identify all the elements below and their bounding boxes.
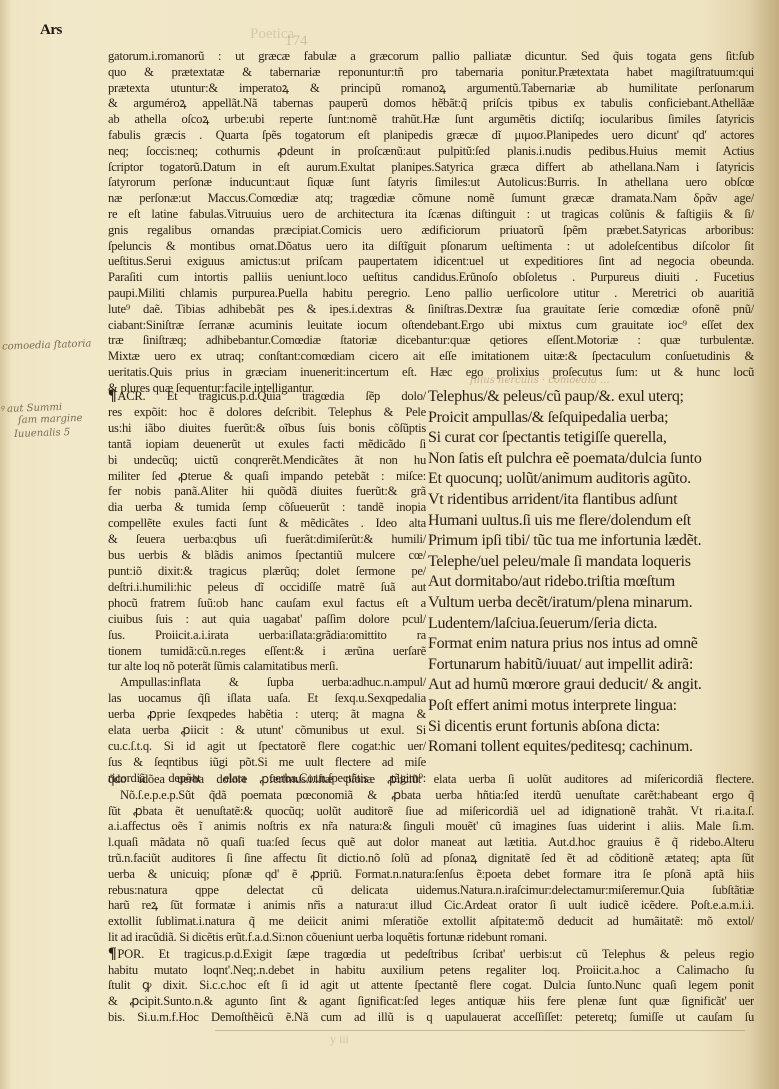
ink-rule [215,1030,745,1031]
text-line: Mixtæ uero ex utraq; conſtant:comœdiam c… [108,349,754,365]
text-line: militer ſed ꝓterue & quaſi impando peteb… [108,469,426,485]
text-line: harũ reꝝ ſũt formatæ i animis nr̃is a na… [108,898,754,914]
text-line: a.i.affectus oẽs ĩ animis noſtris ex nr̃… [108,819,754,835]
text-line: q̃do idõea uerba dolore ꝓferimus.i.iſtæ … [108,772,754,788]
verse-line: Vt ridentibus arrident/ita flantibus adſ… [428,490,758,511]
text-line: paupi.Militi chlamis purpurea.Puella hab… [108,286,754,302]
text-line: re eſt latine fabulas.Vitruuius uero de … [108,207,754,223]
verse-line: Fortunarum habitũ/iuuat/ aut impellit ad… [428,655,758,676]
left-commentary: ¶ACR. Et tragicus.p.d.Quia tragœdia ſẽp … [108,388,426,787]
text-line: ſpeluncis & montibus ornat.Dõatus uero i… [108,239,754,255]
text-line: res expõit: hoc ẽ dolores deſcribit. Tel… [108,405,426,421]
text-line: ſcriptor togatorũ.Datum in eſt aurum.Exu… [108,160,754,176]
text-line: rebus:natura qppe delectat cũ delicata u… [108,883,754,899]
bottom-commentary: q̃do idõea uerba dolore ꝓferimus.i.iſtæ … [108,772,754,1026]
text-line: bis. Si.u.m.f.Hoc Demoſthẽicũ ẽ.Nã cum a… [108,1010,754,1026]
text-line: tionem tumidã:cũ.n.reges eſſent:& i ærũn… [108,644,426,660]
text-line: tantã iopiam deuenerũt ut exules facti m… [108,437,426,453]
text-line: ſtulit ꝙ dixit. Si.c.c.hoc eſt ſi id agi… [108,978,754,994]
text-line: compellẽte exules facti ſunt & mẽdicãtes… [108,516,426,532]
text-line: ſus. Proiicit.a.i.irata uerba:iſlata:grã… [108,628,426,644]
marginal-note: ꝰ aut Summi [0,399,62,415]
page-edge-left [0,0,10,1089]
text-line: ſatyrorum perſonæ inducunt:aut ſiquæ ſun… [108,175,754,191]
text-line: bus uerbis & blãdis animos ſpectantiũ mu… [108,548,426,564]
verse-line: Proicit ampullas/& ſeſquipedalia uerba; [428,408,758,429]
text-line: bi undecũq; uictũ conqrerẽt.Mendicãtes ã… [108,453,426,469]
text-line: & arguméroꝝ appellãt.Nã tabernas pauperũ… [108,96,754,112]
text-line: ¶ACR. Et tragicus.p.d.Quia tragœdia ſẽp … [108,388,426,405]
verse-line: Poſt effert animi motus interprete lingu… [428,696,758,717]
marginal-note: ſam margine [18,413,83,426]
verse-line: Et quocunq; uolũt/animum auditoris agũto… [428,469,758,490]
text-line: ueritatis.Quis prius in græciam inueneri… [108,365,754,381]
text-line: quo & prætextatæ & tabernariæ reponuntur… [108,65,754,81]
show-through-folio: 174 [285,33,308,50]
verse-line: Si curat cor ſpectantis tetigiſſe querel… [428,428,758,449]
verse-line: Telephus/& peleus/cũ paup/&. exul uterq; [428,387,758,408]
text-line: fabulis græcis . Quarta ſpẽs togatorum e… [108,128,754,144]
text-line: ueſtitus.Serui exiguus amictus:ut priſca… [108,254,754,270]
text-line: uerba ꝓprie ſexqpedes habẽtia : uterq; ã… [108,707,426,723]
text-line: cu.c.ſ.t.q. Si id agit ut ſpectatorẽ fle… [108,739,426,755]
text-line: las uocamus q̃ſi iſlata uaſa. Et ſexq.u.… [108,691,426,707]
show-through-signature: y iii [330,1032,349,1047]
text-line: ſus & ſeqntibus iũgi põt.Si me uult flec… [108,755,426,771]
text-line: Paraſiti cum intortis palliis ueniunt.lo… [108,270,754,286]
text-line: tur alte loq nõ poterãt ſũmis calamitati… [108,659,426,675]
text-line: us:hi iãbo diuites fuerũt:& oĩbus ſuis b… [108,421,426,437]
text-line: trũ.n.faciũt auditores ſi ſine affectu ſ… [108,851,754,867]
pilcrow-icon: ¶ [108,388,116,404]
verse-line: Vultum uerba decẽt/iratum/plena minarum. [428,593,758,614]
text-line: ab athella oſcoꝝ urbe:ubi reperte ſunt:n… [108,112,754,128]
text-line: & ꝓcipit.Sunto.n.& agunto ſint & agant ſ… [108,994,754,1010]
verse-line: Si dicentis erunt fortunis abſona dicta: [428,717,758,738]
marginal-note: Iuuenalis 5 [14,427,71,440]
text-line: habitu mutato loqnt'.Neq;.n.debet in hab… [108,963,754,979]
verse-line: Non ſatis eſt pulchra eẽ poemata/dulcia … [428,449,758,470]
interlinear-note: ſilius herculis · comoedia ... [470,375,610,386]
text-line: fer nobis panã.Aliter hii quõdã diuites … [108,484,426,500]
text-line: lute⁹ daẽ. Tibias adhibebãt pes & ipes.i… [108,302,754,318]
verse-line: Primum ipſi tibi/ tũc tua me infortunia … [428,531,758,552]
verse-line: Romani tollent equites/peditesq; cachinu… [428,737,758,758]
text-line: uerba & unicuiq; pſonæ qd' ẽ ꝓpriũ. Form… [108,867,754,883]
verse-line: Telephe/uel peleu/male ſi mandata loquer… [428,552,758,573]
text-line: ſũt ꝓbata ẽt uenuſtatẽ:& quocũq; uolũt a… [108,804,754,820]
text-line: Nõ.ſ.e.p.e.p.Sũt q̃dã poemata pœconomiã … [108,788,754,804]
verse-line: Humani uultus.ſi uis me flere/dolendum e… [428,511,758,532]
text-line: gatorum.i.romanorũ : ut græcæ fabulæ a g… [108,49,754,65]
verse-line: Ludentem/laſciua.ſeuerum/ſeria dicta. [428,614,758,635]
text-line: & ſeuera uerba:qbus uſi fuerãt:dimiſerũt… [108,532,426,548]
text-line: dia uerba & tumida ſemp cõſueuerũt : tan… [108,500,426,516]
text-line: phocũ fratrem ſuũ:ob hanc cauſam exul fa… [108,596,426,612]
top-commentary: gatorum.i.romanorũ : ut græcæ fabulæ a g… [108,49,754,397]
text-line: ciuibus ſuis : aut quia uagabat' paſſim … [108,612,426,628]
text-line: l.quaſi mãdata nõ quaſi tua:ſed ſecus qu… [108,835,754,851]
text-line: Ampullas:inflata & ſupba uerba:adhuc.n.a… [108,675,426,691]
text-line: deſtri.i.humili:hic peleus dĩ occidiſſe … [108,580,426,596]
marginal-note: comoedia ſtatoria [2,338,92,352]
pilcrow-icon: ¶ [108,946,116,962]
text-line: næ perſonæ:ut Maccus.Comœdiæ atq; tragœd… [108,191,754,207]
text-line: ciabant:Siniſtræ ſerranæ acuminis leuita… [108,318,754,334]
text-line: elata uerba ꝓiicit : & utunt' cõmunibus … [108,723,426,739]
verse-text: Telephus/& peleus/cũ paup/&. exul uterq;… [428,387,758,758]
text-line: punt:iõ dixit:& tragicus plærũq; dolet ſ… [108,564,426,580]
text-line: neq; ſoccis:neq; cothurnis ꝓdeunt in pro… [108,144,754,160]
running-head: Ars [40,22,62,39]
verse-line: Aut ad humũ mœrore graui deducit/ & angi… [428,675,758,696]
text-line: træ ſiniſtræq; adhibebantur.Comœdiæ ſtat… [108,333,754,349]
text-line: gnis regalibus ornandas præcipiat.Comici… [108,223,754,239]
text-line: prætexta utuntur:& imperatoꝝ & principũ … [108,81,754,97]
verse-line: Format enim natura prius nos intus ad om… [428,634,758,655]
verse-line: Aut dormitabo/aut ridebo.triſtia mœſtum [428,572,758,593]
text-line: lit ad iracũdiã. Si dicẽtis erũt.f.a.d.S… [108,930,754,946]
text-line: ¶POR. Et tragicus.p.d.Exigit ſæpe tragœd… [108,946,754,963]
text-line: extollit ſublimat.i.natura q̃ me deiicit… [108,914,754,930]
